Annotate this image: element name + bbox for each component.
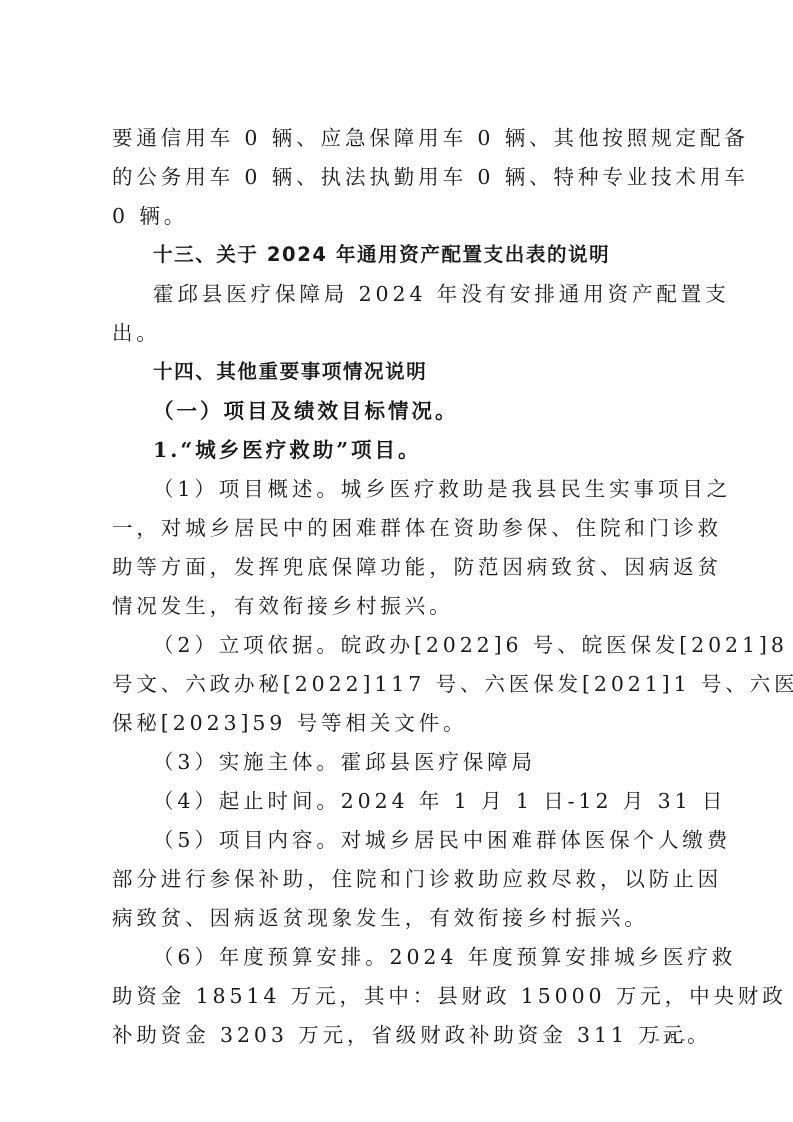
body-text-line: 一，对城乡居民中的困难群体在资助参保、住院和门诊救 xyxy=(112,508,682,548)
body-text-line: （4）起止时间。2024 年 1 月 1 日-12 月 31 日 xyxy=(153,781,682,821)
body-text-line: 情况发生，有效衔接乡村振兴。 xyxy=(112,586,682,626)
body-text-line: 病致贫、因病返贫现象发生，有效衔接乡村振兴。 xyxy=(112,898,682,938)
body-text-line: 出。 xyxy=(112,313,682,353)
body-text-line: （5）项目内容。对城乡居民中困难群体医保个人缴费 xyxy=(153,820,682,860)
subsection-heading: （一）项目及绩效目标情况。 xyxy=(153,391,682,431)
document-page: 要通信用车 0 辆、应急保障用车 0 辆、其他按照规定配备 的公务用车 0 辆、… xyxy=(0,0,793,1122)
page-number: - 15 - xyxy=(640,1032,700,1048)
body-text-line: 要通信用车 0 辆、应急保障用车 0 辆、其他按照规定配备 xyxy=(112,118,682,158)
body-text-line: （2）立项依据。皖政办[2022]6 号、皖医保发[2021]8 xyxy=(153,625,682,665)
body-text-line: （6）年度预算安排。2024 年度预算安排城乡医疗救 xyxy=(153,937,682,977)
body-text-line: 助等方面，发挥兜底保障功能，防范因病致贫、因病返贫 xyxy=(112,547,682,587)
body-text-line: 的公务用车 0 辆、执法执勤用车 0 辆、特种专业技术用车 xyxy=(112,157,682,197)
body-text-line: 号文、六政办秘[2022]117 号、六医保发[2021]1 号、六医 xyxy=(112,664,682,704)
section-13-heading: 十三、关于 2024 年通用资产配置支出表的说明 xyxy=(153,235,682,275)
project-heading: 1.“城乡医疗救助”项目。 xyxy=(153,430,682,470)
body-text-line: 部分进行参保补助，住院和门诊救助应救尽救，以防止因 xyxy=(112,859,682,899)
body-text-line: 保秘[2023]59 号等相关文件。 xyxy=(112,703,682,743)
body-text-line: 补助资金 3203 万元，省级财政补助资金 311 万元。 xyxy=(112,1015,682,1055)
body-text-line: （3）实施主体。霍邱县医疗保障局 xyxy=(153,742,682,782)
body-text-line: 助资金 18514 万元，其中：县财政 15000 万元，中央财政 xyxy=(112,976,682,1016)
body-text-line: 霍邱县医疗保障局 2024 年没有安排通用资产配置支 xyxy=(153,274,682,314)
body-text-line: （1）项目概述。城乡医疗救助是我县民生实事项目之 xyxy=(153,469,682,509)
section-14-heading: 十四、其他重要事项情况说明 xyxy=(153,352,682,392)
body-text-line: 0 辆。 xyxy=(112,196,682,236)
